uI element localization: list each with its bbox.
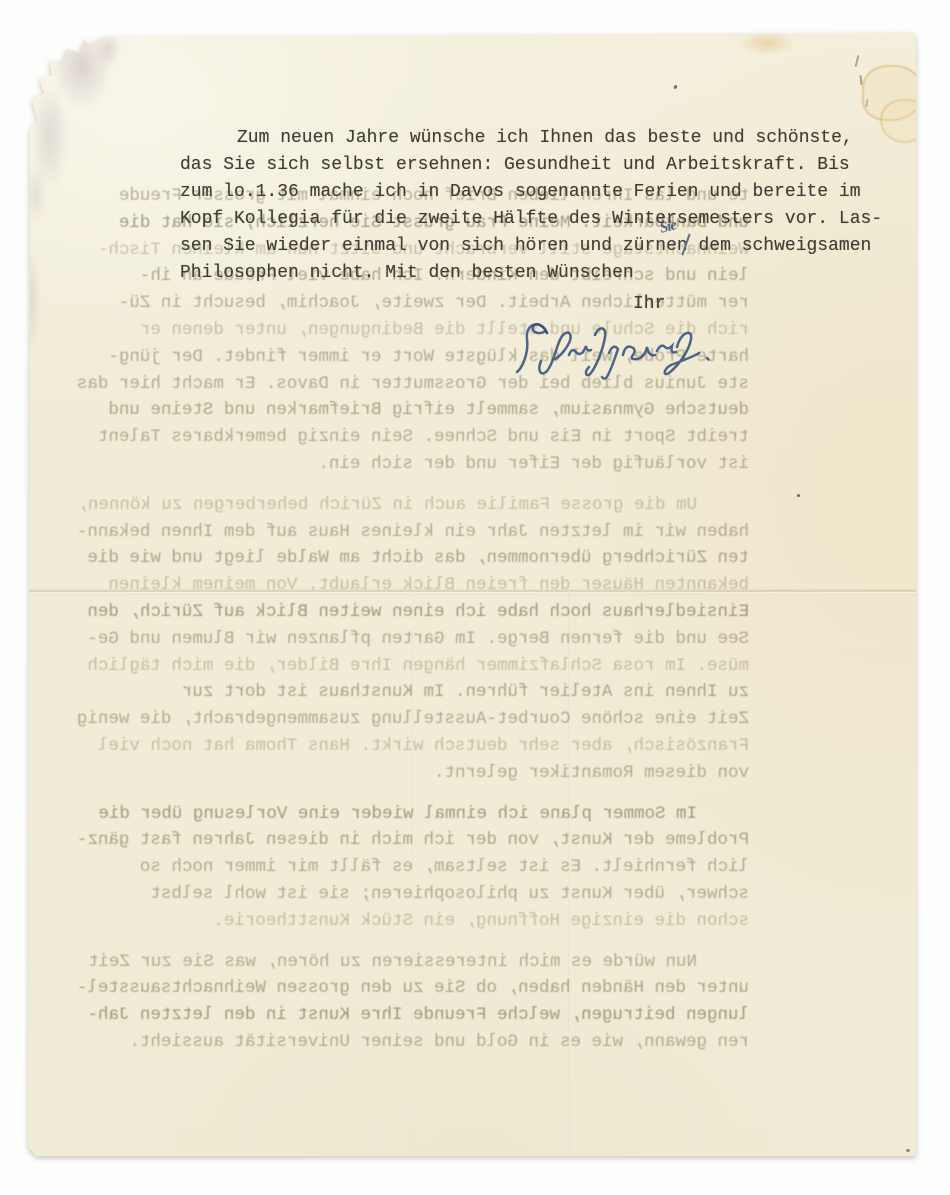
bleedthrough-line: Probleme der Kunst, von der ich mich in …: [65, 827, 749, 854]
stain-top-edge: [740, 31, 794, 55]
bleedthrough-line: Im Sommer plane ich einmal wieder eine V…: [65, 801, 749, 828]
bleedthrough-line: ist vorläufig der Eifer und der sich ein…: [65, 451, 749, 478]
bleedthrough-line: ten Zürichberg übernommen, das dicht am …: [65, 545, 749, 572]
bleedthrough-line: treibt Sport in Eis und Schnee. Sein ein…: [65, 424, 749, 451]
letter-line: sen Sie wieder einmal von sich hören und…: [180, 233, 910, 260]
pencil-mark: [865, 99, 868, 107]
bleedthrough-line: deutsche Gymnasium, sammelt eifrig Brief…: [65, 397, 749, 424]
letter-body: Zum neuen Jahre wünsche ich Ihnen das be…: [180, 125, 910, 287]
pencil-mark: [855, 55, 860, 67]
letter-line: Kopf Kollegia für die zweite Hälfte des …: [180, 206, 910, 233]
bleedthrough-line: bekannten Häuser den freien Blick erlaub…: [65, 572, 749, 599]
letter-line: das Sie sich selbst ersehnen: Gesundheit…: [180, 152, 910, 179]
bleedthrough-line: zu Ihnen ins Atelier führen. Im Kunsthau…: [65, 679, 749, 706]
bleedthrough-line: von diesem Romantiker gelernt.: [65, 760, 749, 787]
bleedthrough-line: ren gewann, wie es in Gold und seiner Un…: [65, 1029, 749, 1056]
bleedthrough-line: Französisch, aber sehr deutsch wirkt. Ha…: [65, 733, 749, 760]
bleedthrough-line: haben wir im letzten Jahr ein kleines Ha…: [65, 519, 749, 546]
letter-line: zum lo.1.36 mache ich in Davos sogenannt…: [180, 179, 910, 206]
left-edge-smudge: [28, 229, 44, 369]
letter-line: Philosophen nicht. Mit den besten Wünsch…: [180, 260, 910, 287]
ink-speck: [906, 1149, 910, 1152]
bleedthrough-line: müse. Im rosa Schlafzimmer hängen Ihre B…: [65, 653, 749, 680]
bleedthrough-line: unter den Händen haben, ob Sie zu den gr…: [65, 975, 749, 1002]
stain-right-blob: [862, 65, 924, 121]
bleedthrough-line: lich fernhielt. Es ist seltsam, es fällt…: [65, 854, 749, 881]
bleedthrough-line: Nun würde es mich interessieren zu hören…: [65, 949, 749, 976]
bleedthrough-line: lungen beitrugen, welche Freunde Ihre Ku…: [65, 1002, 749, 1029]
bleedthrough-line: Einsiedlerhaus hoch habe ich einen weite…: [65, 599, 749, 626]
pencil-mark: [859, 75, 862, 85]
ink-speck: [797, 494, 800, 497]
letter-page: te und las Ihren lieben Brief noch einma…: [28, 33, 916, 1156]
signature-grisebach: [510, 311, 722, 381]
bleedthrough-line: schon die einzige Hoffnung, ein Stück Ku…: [65, 908, 749, 935]
ink-speck: [673, 85, 678, 90]
bleedthrough-line: schwer, über Kunst zu philosophieren; si…: [65, 881, 749, 908]
scan-background: te und las Ihren lieben Brief noch einma…: [0, 0, 950, 1195]
bleedthrough-line: Um die grosse Familie auch in Zürich beh…: [65, 492, 749, 519]
bleedthrough-line: See und die fernen Berge. Im Garten pfla…: [65, 626, 749, 653]
bleedthrough-line: Zeit eine schöne Courbet-Ausstellung zus…: [65, 706, 749, 733]
letter-line: Zum neuen Jahre wünsche ich Ihnen das be…: [180, 125, 910, 152]
